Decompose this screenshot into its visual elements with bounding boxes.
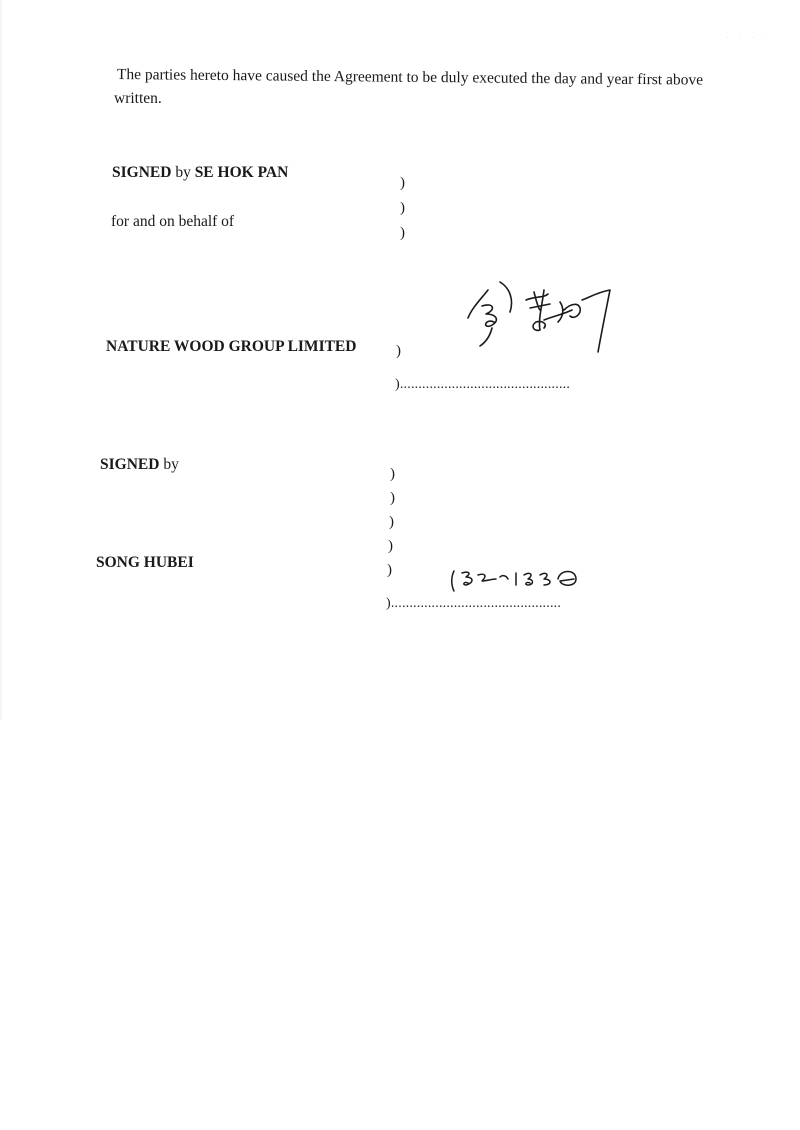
bracket: ) bbox=[400, 174, 405, 192]
scan-corner-artifact: · · · · bbox=[726, 33, 771, 42]
signed-label: SIGNED bbox=[112, 164, 171, 181]
bracket: ) bbox=[388, 537, 393, 555]
document-page: · · · · The parties hereto have caused t… bbox=[0, 0, 800, 1130]
bracket: ) bbox=[396, 342, 401, 360]
by-label: by bbox=[175, 164, 191, 181]
execution-clause-line-1: The parties hereto have caused the Agree… bbox=[117, 64, 703, 92]
block-1-signed-by: SIGNED by SE HOK PAN bbox=[112, 163, 288, 183]
signature-line-1: ).......................................… bbox=[395, 376, 570, 394]
block-2-signed-by: SIGNED by bbox=[100, 455, 179, 475]
signatory-name-2: SONG HUBEI bbox=[96, 553, 194, 573]
execution-clause-line-2: written. bbox=[114, 88, 162, 110]
signatory-name: SE HOK PAN bbox=[195, 164, 289, 181]
by-label: by bbox=[163, 456, 179, 473]
bracket: ) bbox=[387, 561, 392, 579]
signed-label: SIGNED bbox=[100, 456, 159, 473]
signature-line-2: ).......................................… bbox=[386, 595, 561, 613]
bracket: ) bbox=[390, 465, 395, 483]
bracket: ) bbox=[400, 199, 405, 217]
bracket: ) bbox=[400, 224, 405, 242]
bracket: ) bbox=[389, 513, 394, 531]
handwritten-signature-icon bbox=[460, 280, 635, 360]
bracket: ) bbox=[390, 489, 395, 507]
company-name-text: NATURE WOOD GROUP LIMITED bbox=[106, 338, 356, 355]
behalf-label: for and on behalf of bbox=[111, 212, 234, 232]
company-name: NATURE WOOD GROUP LIMITED bbox=[106, 337, 356, 357]
scan-edge-artifact bbox=[0, 0, 3, 720]
handwritten-signature-icon bbox=[448, 565, 608, 595]
signatory-name-2-text: SONG HUBEI bbox=[96, 554, 194, 571]
